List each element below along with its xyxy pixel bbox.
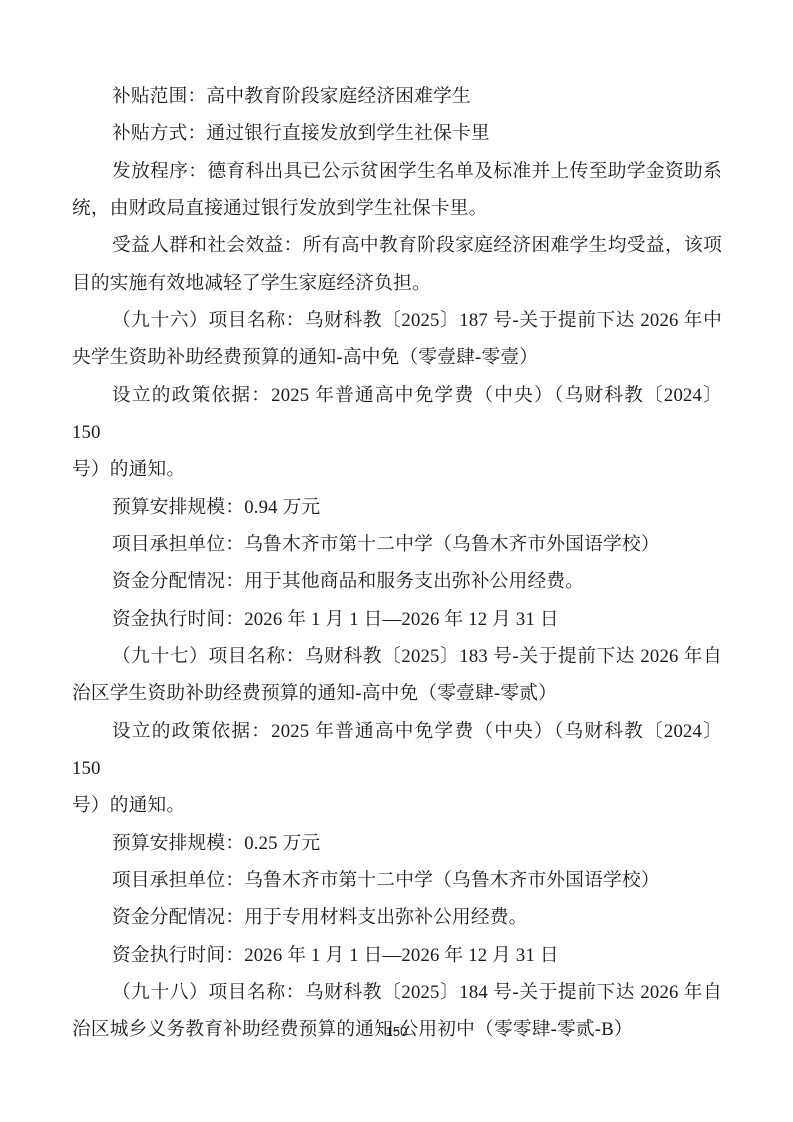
text-line: 央学生资助补助经费预算的通知-高中免（零壹肆-零壹） [72, 339, 722, 376]
text-line: 目的实施有效地减轻了学生家庭经济负担。 [72, 265, 722, 302]
text-line: 补贴范围：高中教育阶段家庭经济困难学生 [72, 78, 722, 115]
text-line: 设立的政策依据：2025 年普通高中免学费（中央）（乌财科教〔2024〕150 [72, 377, 722, 452]
text-line: （九十八）项目名称：乌财科教〔2025〕184 号-关于提前下达 2026 年自 [72, 974, 722, 1011]
text-line: 预算安排规模：0.94 万元 [72, 489, 722, 526]
text-line: 预算安排规模：0.25 万元 [72, 825, 722, 862]
document-page: 补贴范围：高中教育阶段家庭经济困难学生 补贴方式：通过银行直接发放到学生社保卡里… [0, 0, 793, 1122]
text-line: 项目承担单位：乌鲁木齐市第十二中学（乌鲁木齐市外国语学校） [72, 862, 722, 899]
text-line: 资金分配情况：用于其他商品和服务支出弥补公用经费。 [72, 563, 722, 600]
text-line: 治区学生资助补助经费预算的通知-高中免（零壹肆-零贰） [72, 675, 722, 712]
text-line: 资金执行时间：2026 年 1 月 1 日—2026 年 12 月 31 日 [72, 601, 722, 638]
document-body: 补贴范围：高中教育阶段家庭经济困难学生 补贴方式：通过银行直接发放到学生社保卡里… [72, 78, 722, 1049]
text-line: 项目承担单位：乌鲁木齐市第十二中学（乌鲁木齐市外国语学校） [72, 526, 722, 563]
text-line: 统，由财政局直接通过银行发放到学生社保卡里。 [72, 190, 722, 227]
text-line: 受益人群和社会效益：所有高中教育阶段家庭经济困难学生均受益，该项 [72, 227, 722, 264]
page-footer: 150 [0, 1024, 793, 1040]
text-line: 发放程序：德育科出具已公示贫困学生名单及标准并上传至助学金资助系 [72, 153, 722, 190]
text-line: 资金执行时间：2026 年 1 月 1 日—2026 年 12 月 31 日 [72, 937, 722, 974]
text-line: 资金分配情况：用于专用材料支出弥补公用经费。 [72, 899, 722, 936]
text-line: 号）的通知。 [72, 787, 722, 824]
text-line: 补贴方式：通过银行直接发放到学生社保卡里 [72, 115, 722, 152]
text-line: （九十六）项目名称：乌财科教〔2025〕187 号-关于提前下达 2026 年中 [72, 302, 722, 339]
text-line: （九十七）项目名称：乌财科教〔2025〕183 号-关于提前下达 2026 年自 [72, 638, 722, 675]
page-number: 150 [386, 1024, 408, 1039]
text-line: 号）的通知。 [72, 451, 722, 488]
text-line: 设立的政策依据：2025 年普通高中免学费（中央）（乌财科教〔2024〕150 [72, 713, 722, 788]
